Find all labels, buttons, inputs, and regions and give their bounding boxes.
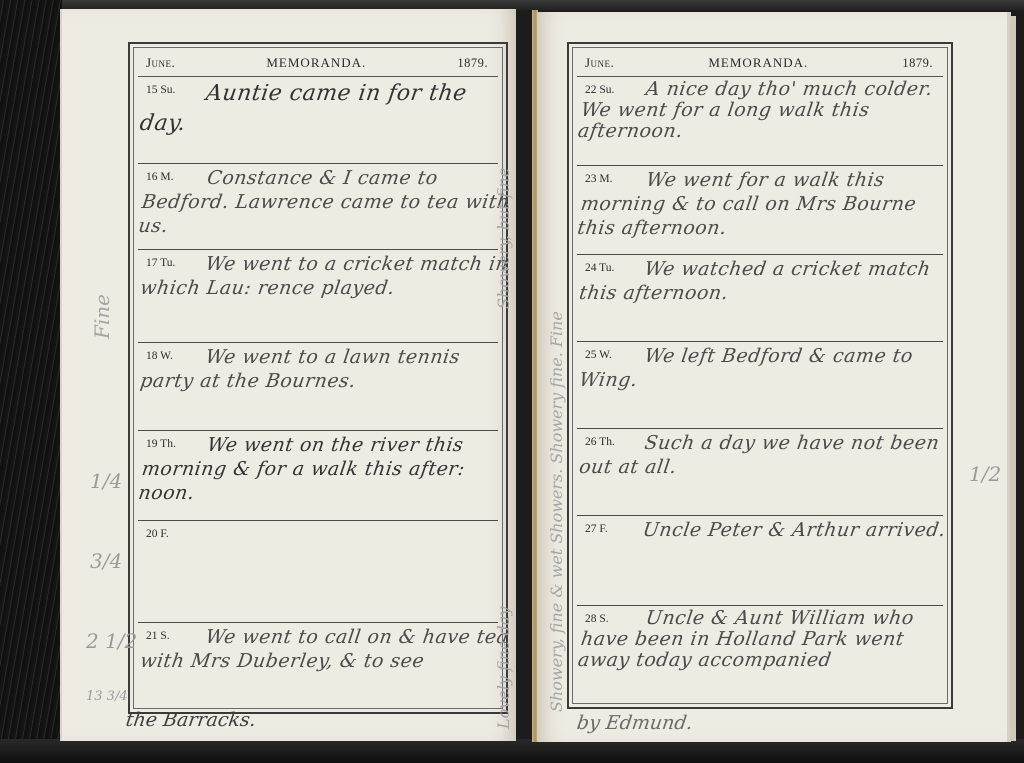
entry-text: We went to call on & have tea with Mrs D… [139, 625, 516, 673]
margin-fraction: 1/4 [90, 469, 122, 493]
entry-text: Uncle Peter & Arthur arrived. [579, 518, 958, 542]
entry-overflow-text: by Edmund. [575, 712, 694, 734]
left-page-frame: June. MEMORANDA. 1879. 15 Su. Auntie cam… [128, 42, 508, 714]
header-year: 1879. [902, 56, 943, 71]
entry-text: We watched a cricket match this afternoo… [578, 257, 961, 305]
entry-overflow-text: the Barracks. [124, 709, 257, 731]
diary-entry: 23 M. We went for a walk this morning & … [577, 166, 943, 255]
diary-entry: 21 S. We went to call on & have tea with… [138, 623, 498, 708]
diary-entry: 25 W. We left Bedford & came to Wing. [577, 342, 943, 429]
entry-text: We went on the river this morning & for … [137, 433, 517, 505]
entry-text: Uncle & Aunt William who have been in Ho… [577, 608, 962, 671]
entry-text: A nice day tho' much colder. We went for… [577, 79, 962, 142]
left-page: June. MEMORANDA. 1879. 15 Su. Auntie cam… [60, 9, 516, 741]
entry-text: Constance & I came to Bedford. Lawrence … [137, 166, 517, 238]
margin-fraction: 13 3/4 [86, 689, 128, 704]
gutter-vertical-note: Lovely fine day [494, 607, 513, 729]
diary-entry: 27 F. Uncle Peter & Arthur arrived. [577, 516, 943, 606]
entry-text: Such a day we have not been out at all. [578, 431, 961, 479]
margin-fraction: 2 1/2 [86, 629, 137, 653]
diary-entry: 22 Su. A nice day tho' much colder. We w… [577, 77, 943, 166]
diary-entry: 15 Su. Auntie came in for the day. [138, 77, 498, 164]
book-spine [0, 0, 62, 763]
margin-fraction: 1/2 [969, 462, 1001, 486]
header-title: MEMORANDA. [708, 55, 808, 71]
diary-entry: 18 W. We went to a lawn tennis party at … [138, 343, 498, 431]
book-cover-bottom [0, 739, 1024, 763]
entry-text: Auntie came in for the day. [138, 79, 516, 139]
entry-text: We left Bedford & came to Wing. [578, 344, 961, 392]
margin-note-fine: Fine [90, 294, 114, 339]
gutter-vertical-note: Showery, fine & wet Showers. Showery fin… [547, 311, 566, 712]
diary-entry: 20 F. [138, 521, 498, 623]
diary-entry: 26 Th. Such a day we have not been out a… [577, 429, 943, 516]
right-page: June. MEMORANDA. 1879. 22 Su. A nice day… [537, 12, 1011, 742]
gutter-vertical-note: Showery, but fine [494, 168, 513, 309]
page-header: June. MEMORANDA. 1879. [138, 50, 498, 77]
diary-entry: 19 Th. We went on the river this morning… [138, 431, 498, 521]
entry-text: We went to a cricket match in which Lau:… [139, 252, 516, 300]
entry-text: We went to a lawn tennis party at the Bo… [139, 345, 516, 393]
page-header: June. MEMORANDA. 1879. [577, 50, 943, 77]
header-title: MEMORANDA. [266, 55, 366, 71]
diary-entry: 24 Tu. We watched a cricket match this a… [577, 255, 943, 342]
margin-fraction: 3/4 [90, 549, 122, 573]
header-month: June. [138, 55, 175, 71]
page-fore-edge [1010, 16, 1016, 741]
diary-entry: 17 Tu. We went to a cricket match in whi… [138, 250, 498, 343]
diary-entry: 16 M. Constance & I came to Bedford. Law… [138, 164, 498, 250]
header-year: 1879. [457, 56, 498, 71]
header-month: June. [577, 55, 614, 71]
right-page-frame: June. MEMORANDA. 1879. 22 Su. A nice day… [567, 42, 953, 709]
diary-entry: 28 S. Uncle & Aunt William who have been… [577, 606, 943, 701]
day-label: 20 F. [146, 528, 169, 540]
entry-text: We went for a walk this morning & to cal… [576, 168, 962, 240]
